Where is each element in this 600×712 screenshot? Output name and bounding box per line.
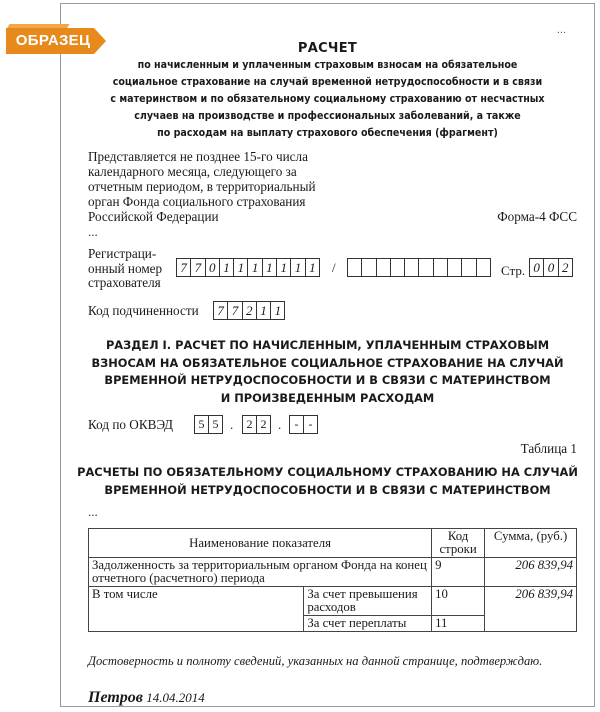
- row-name: За счет превышения расходов: [304, 587, 432, 616]
- table-title-line: РАСЧЕТЫ ПО ОБЯЗАТЕЛЬНОМУ СОЦИАЛЬНОМУ СТР…: [61, 463, 594, 481]
- form-cell[interactable]: [447, 258, 462, 277]
- form-cell[interactable]: [476, 258, 491, 277]
- row-sum: 206 839,94: [485, 587, 577, 632]
- okved-separator: .: [230, 417, 233, 433]
- header-name: Наименование показателя: [89, 529, 432, 558]
- form-cell[interactable]: 1: [233, 258, 248, 277]
- form-cell[interactable]: [404, 258, 419, 277]
- document-header: РАСЧЕТ по начисленным и уплаченным страх…: [61, 40, 594, 142]
- section-title: РАЗДЕЛ I. РАСЧЕТ ПО НАЧИСЛЕННЫМ, УПЛАЧЕН…: [61, 337, 594, 407]
- page-label: Стр.: [501, 263, 525, 279]
- signature-line: Петров 14.04.2014: [88, 689, 205, 707]
- section-title-line: РАЗДЕЛ I. РАСЧЕТ ПО НАЧИСЛЕННЫМ, УПЛАЧЕН…: [61, 337, 594, 355]
- note-line: календарного месяца, следующего за: [88, 164, 316, 179]
- okved-label: Код по ОКВЭД: [88, 417, 173, 433]
- form-cell[interactable]: 5: [194, 415, 209, 434]
- subtitle-line: социальное страхование на случай временн…: [61, 74, 594, 91]
- label-line: онный номер: [88, 262, 162, 277]
- section-title-line: ВЗНОСАМ НА ОБЯЗАТЕЛЬНОЕ СОЦИАЛЬНОЕ СТРАХ…: [61, 355, 594, 373]
- form-cell[interactable]: 7: [213, 301, 228, 320]
- form-cell[interactable]: 0: [205, 258, 220, 277]
- form-name: Форма-4 ФСС: [497, 209, 577, 225]
- sample-badge: ОБРАЗЕЦ: [0, 24, 112, 54]
- registration-number-cells[interactable]: 7701111111: [176, 258, 320, 277]
- subordination-label: Код подчиненности: [88, 303, 199, 319]
- okved-group-3[interactable]: --: [289, 415, 318, 434]
- ellipsis: ...: [88, 224, 98, 240]
- form-cell[interactable]: 1: [219, 258, 234, 277]
- form-cell[interactable]: [433, 258, 448, 277]
- section-title-line: И ПРОИЗВЕДЕННЫМ РАСХОДАМ: [61, 390, 594, 408]
- note-line: Представляется не позднее 15-го числа: [88, 149, 316, 164]
- note-line: Российской Федерации: [88, 209, 316, 224]
- table-title: РАСЧЕТЫ ПО ОБЯЗАТЕЛЬНОМУ СОЦИАЛЬНОМУ СТР…: [61, 463, 594, 499]
- form-cell[interactable]: 1: [305, 258, 320, 277]
- form-cell[interactable]: [376, 258, 391, 277]
- section-title-line: ВРЕМЕННОЙ НЕТРУДОСПОСОБНОСТИ И В СВЯЗИ С…: [61, 372, 594, 390]
- okved-group-2[interactable]: 22: [242, 415, 271, 434]
- subtitle-line: случаев на производстве и профессиональн…: [61, 108, 594, 125]
- note-line: отчетным периодом, в территориальный: [88, 179, 316, 194]
- subtitle-line: по расходам на выплату страхового обеспе…: [61, 125, 594, 142]
- row-code: 11: [432, 616, 485, 632]
- row-group: В том числе: [89, 587, 304, 632]
- form-cell[interactable]: 1: [262, 258, 277, 277]
- header-code: Код строки: [432, 529, 485, 558]
- form-cell[interactable]: 7: [190, 258, 205, 277]
- registration-extra-cells[interactable]: [347, 258, 491, 277]
- confirmation-text: Достоверность и полноту сведений, указан…: [88, 654, 568, 669]
- form-cell[interactable]: 1: [270, 301, 285, 320]
- table-row: Задолженность за территориальным органом…: [89, 558, 577, 587]
- signature-date: 14.04.2014: [146, 690, 205, 705]
- row-code: 10: [432, 587, 485, 616]
- table-row: В том числе За счет превышения расходов …: [89, 587, 577, 616]
- form-cell[interactable]: 1: [256, 301, 271, 320]
- signer-name: Петров: [88, 689, 143, 706]
- label-line: Регистраци-: [88, 247, 162, 262]
- form-cell[interactable]: 0: [529, 258, 544, 277]
- page-number-cells[interactable]: 002: [529, 258, 573, 277]
- form-cell[interactable]: 1: [276, 258, 291, 277]
- form-cell[interactable]: [347, 258, 362, 277]
- row-sum: 206 839,94: [485, 558, 577, 587]
- form-cell[interactable]: 1: [290, 258, 305, 277]
- form-cell[interactable]: 2: [558, 258, 573, 277]
- form-cell[interactable]: -: [289, 415, 304, 434]
- document-subtitle: по начисленным и уплаченным страховым вз…: [61, 57, 594, 142]
- table-header-row: Наименование показателя Код строки Сумма…: [89, 529, 577, 558]
- table-title-line: ВРЕМЕННОЙ НЕТРУДОСПОСОБНОСТИ И В СВЯЗИ С…: [61, 481, 594, 499]
- document-page: ... РАСЧЕТ по начисленным и уплаченным с…: [60, 3, 595, 707]
- form-cell[interactable]: 7: [176, 258, 191, 277]
- form-cell[interactable]: 2: [242, 415, 257, 434]
- document-title: РАСЧЕТ: [61, 40, 594, 57]
- registration-separator: /: [332, 260, 336, 276]
- contributions-table: Наименование показателя Код строки Сумма…: [88, 528, 577, 632]
- header-sum: Сумма, (руб.): [485, 529, 577, 558]
- label-line: страхователя: [88, 276, 162, 291]
- form-cell[interactable]: [390, 258, 405, 277]
- form-cell[interactable]: 1: [247, 258, 262, 277]
- ellipsis: ...: [88, 504, 98, 520]
- form-cell[interactable]: 0: [543, 258, 558, 277]
- okved-separator: .: [278, 417, 281, 433]
- row-name: Задолженность за территориальным органом…: [89, 558, 432, 587]
- subtitle-line: с материнством и по обязательному социал…: [61, 91, 594, 108]
- form-cell[interactable]: 2: [242, 301, 257, 320]
- submission-note: Представляется не позднее 15-го числа ка…: [88, 149, 316, 224]
- form-cell[interactable]: 5: [208, 415, 223, 434]
- badge-label: ОБРАЗЕЦ: [8, 32, 98, 49]
- form-cell[interactable]: [418, 258, 433, 277]
- table-label: Таблица 1: [521, 441, 577, 457]
- subordination-code-cells[interactable]: 77211: [213, 301, 285, 320]
- form-cell[interactable]: 7: [227, 301, 242, 320]
- corner-ellipsis: ...: [557, 24, 566, 36]
- row-name: За счет переплаты: [304, 616, 432, 632]
- subtitle-line: по начисленным и уплаченным страховым вз…: [61, 57, 594, 74]
- note-line: орган Фонда социального страхования: [88, 194, 316, 209]
- form-cell[interactable]: -: [303, 415, 318, 434]
- okved-group-1[interactable]: 55: [194, 415, 223, 434]
- form-cell[interactable]: [461, 258, 476, 277]
- row-code: 9: [432, 558, 485, 587]
- form-cell[interactable]: [361, 258, 376, 277]
- form-cell[interactable]: 2: [256, 415, 271, 434]
- registration-label: Регистраци- онный номер страхователя: [88, 247, 162, 291]
